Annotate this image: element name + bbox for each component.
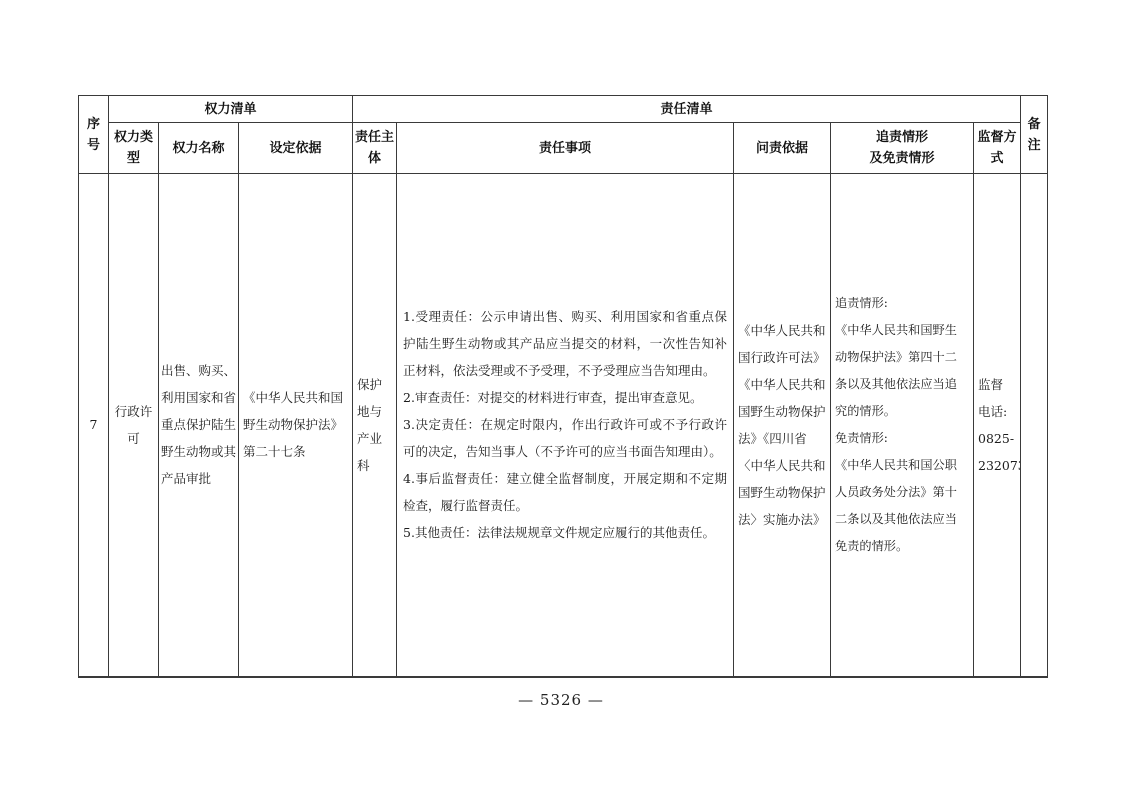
resp-item-2: 2.审查责任：对提交的材料进行审查，提出审查意见。 bbox=[403, 384, 727, 411]
supervision-line-3: 0825- bbox=[978, 425, 1016, 452]
page-number: — 5326 — bbox=[0, 691, 1122, 709]
header-cell-resp-items: 责任事项 bbox=[397, 123, 734, 174]
header-pursuit-line1: 追责情形 bbox=[833, 127, 971, 148]
header-cell-remark: 备注 bbox=[1021, 96, 1048, 174]
exemption-label: 免责情形: bbox=[835, 425, 969, 452]
cell-resp-subject: 保护地与产业科 bbox=[353, 174, 397, 677]
cell-power-type: 行政许可 bbox=[109, 174, 159, 677]
header-cell-power-name: 权力名称 bbox=[159, 123, 239, 174]
header-cell-setting-basis: 设定依据 bbox=[239, 123, 353, 174]
power-responsibility-table: 序号 权力清单 责任清单 备注 权力类型 权力名称 设定依据 责任主体 责任事项… bbox=[78, 95, 1048, 678]
cell-accountability-basis: 《中华人民共和国行政许可法》《中华人民共和国野生动物保护法》《四川省〈中华人民共… bbox=[734, 174, 831, 677]
cell-pursuit-exemption: 追责情形: 《中华人民共和国野生动物保护法》第四十二条以及其他依法应当追究的情形… bbox=[831, 174, 974, 677]
supervision-line-4: 2320738 bbox=[978, 452, 1016, 479]
header-cell-resp-subject: 责任主体 bbox=[353, 123, 397, 174]
header-row-columns: 权力类型 权力名称 设定依据 责任主体 责任事项 问责依据 追责情形 及免责情形… bbox=[79, 123, 1048, 174]
pursuit-label: 追责情形: bbox=[835, 290, 969, 317]
header-row-groups: 序号 权力清单 责任清单 备注 bbox=[79, 96, 1048, 123]
document-page: 序号 权力清单 责任清单 备注 权力类型 权力名称 设定依据 责任主体 责任事项… bbox=[0, 0, 1122, 793]
exemption-text: 《中华人民共和国公职人员政务处分法》第十二条以及其他依法应当免责的情形。 bbox=[835, 452, 969, 560]
cell-supervision: 监督 电话: 0825- 2320738 bbox=[974, 174, 1021, 677]
cell-power-name: 出售、购买、利用国家和省重点保护陆生野生动物或其产品审批 bbox=[159, 174, 239, 677]
header-cell-serial: 序号 bbox=[79, 96, 109, 174]
header-pursuit-line2: 及免责情形 bbox=[833, 148, 971, 169]
supervision-line-2: 电话: bbox=[978, 398, 1016, 425]
header-cell-supervision: 监督方式 bbox=[974, 123, 1021, 174]
resp-item-4: 4.事后监督责任：建立健全监督制度，开展定期和不定期检查，履行监督责任。 bbox=[403, 465, 727, 519]
supervision-line-1: 监督 bbox=[978, 371, 1016, 398]
header-cell-power-type: 权力类型 bbox=[109, 123, 159, 174]
cell-resp-items: 1.受理责任：公示申请出售、购买、利用国家和省重点保护陆生野生动物或其产品应当提… bbox=[397, 174, 734, 677]
table-row: 7 行政许可 出售、购买、利用国家和省重点保护陆生野生动物或其产品审批 《中华人… bbox=[79, 174, 1048, 677]
resp-item-5: 5.其他责任：法律法规规章文件规定应履行的其他责任。 bbox=[403, 519, 727, 546]
resp-item-1: 1.受理责任：公示申请出售、购买、利用国家和省重点保护陆生野生动物或其产品应当提… bbox=[403, 303, 727, 384]
resp-item-3: 3.决定责任：在规定时限内，作出行政许可或不予行政许可的决定，告知当事人（不予许… bbox=[403, 411, 727, 465]
cell-serial: 7 bbox=[79, 174, 109, 677]
header-cell-accountability-basis: 问责依据 bbox=[734, 123, 831, 174]
header-cell-responsibility-group: 责任清单 bbox=[353, 96, 1021, 123]
header-cell-power-group: 权力清单 bbox=[109, 96, 353, 123]
pursuit-text: 《中华人民共和国野生动物保护法》第四十二条以及其他依法应当追究的情形。 bbox=[835, 317, 969, 425]
cell-setting-basis: 《中华人民共和国野生动物保护法》第二十七条 bbox=[239, 174, 353, 677]
cell-remark bbox=[1021, 174, 1048, 677]
header-cell-pursuit: 追责情形 及免责情形 bbox=[831, 123, 974, 174]
